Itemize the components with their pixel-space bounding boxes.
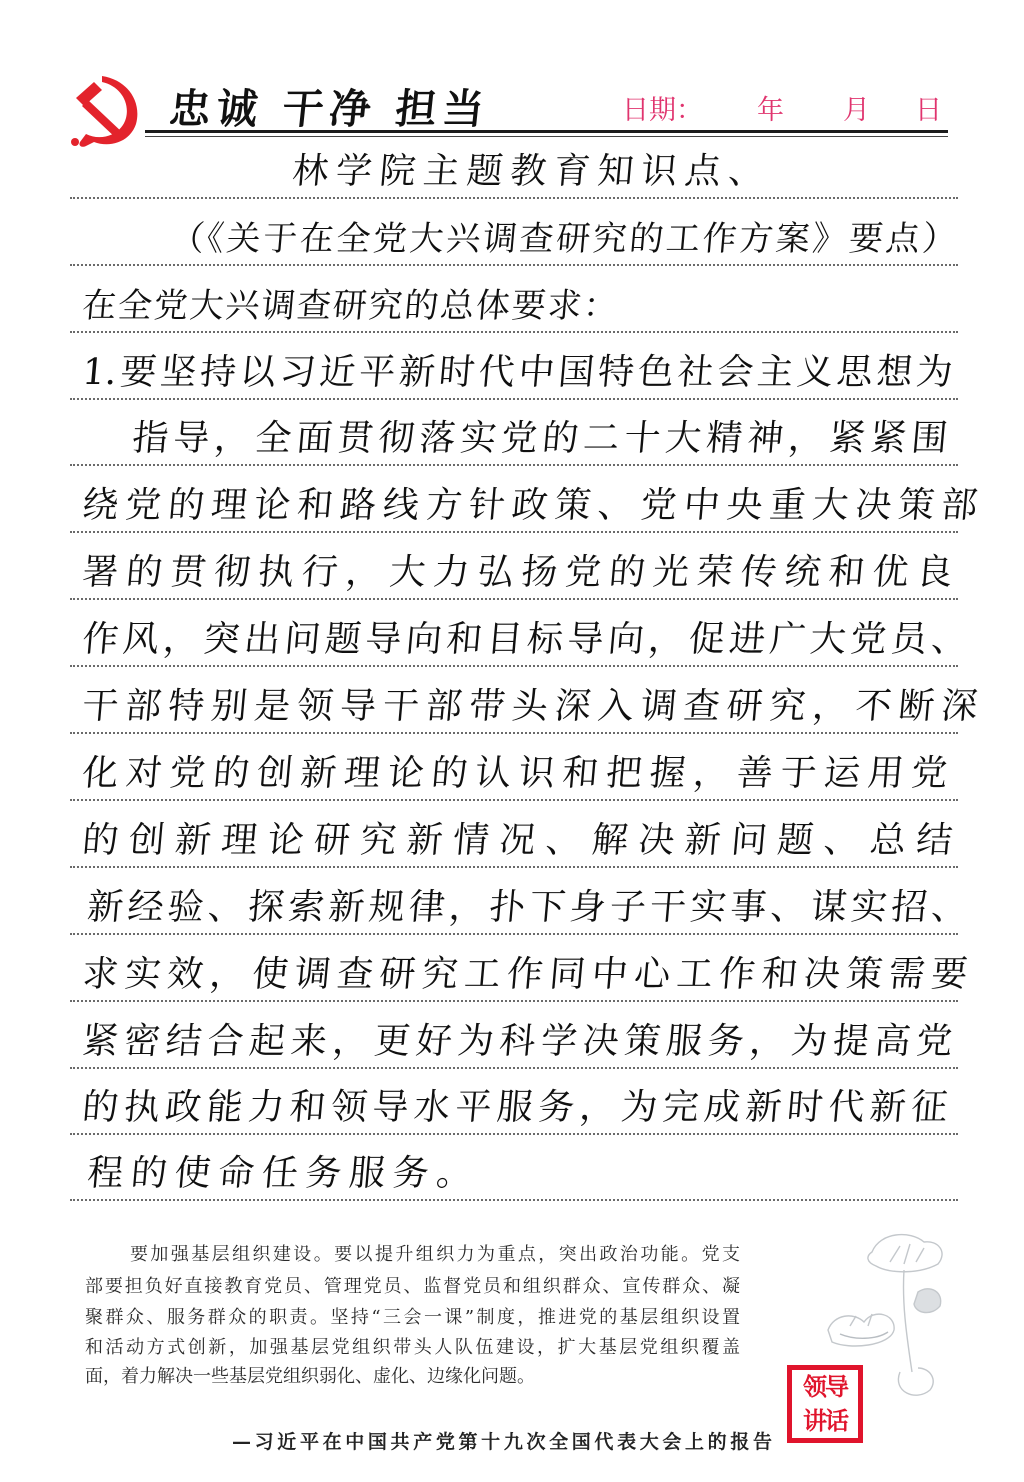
note-subtitle: （《关于在全党大兴调查研究的工作方案》要点）: [168, 212, 959, 266]
stamp-bottom-text: 讲话: [803, 1407, 847, 1435]
note-line: 的执政能力和领导水平服务，为完成新时代新征: [80, 1081, 950, 1135]
date-year-label: 年: [757, 88, 784, 127]
note-line: 紧密结合起来，更好为科学决策服务，为提高党: [80, 1015, 955, 1069]
header-divider: [145, 130, 948, 133]
date-day-label: 日: [915, 88, 942, 127]
header-divider-thin: [145, 136, 948, 137]
hammer-and-sickle-icon: [66, 72, 148, 150]
note-section-heading: 在全党大兴调查研究的总体要求：: [80, 279, 620, 333]
note-line: 化对党的创新理论的认识和把握，善于运用党: [80, 747, 950, 801]
motto-loyalty: 忠诚: [167, 76, 267, 135]
date-label: 日期：: [622, 88, 703, 127]
quote-line: 和活动方式创新，加强基层党组织带头人队伍建设，扩大基层党组织覆盖: [85, 1333, 740, 1363]
motto-responsibility: 担当: [393, 76, 493, 135]
note-line: 绕党的理论和路线方针政策、党中央重大决策部: [80, 479, 980, 533]
note-line: 作风，突出问题导向和目标导向，促进广大党员、: [80, 613, 970, 667]
quote-line: 聚群众、服务群众的职责。坚持“三会一课”制度，推进党的基层组织设置: [85, 1303, 740, 1333]
note-line: 程的使命任务服务。: [85, 1147, 475, 1201]
note-line: 1.要坚持以习近平新时代中国特色社会主义思想为: [80, 346, 955, 400]
note-title: 林学院主题教育知识点、: [290, 145, 767, 199]
leader-speech-stamp: 领导 讲话: [787, 1365, 863, 1443]
quote-line: 要加强基层组织建设。要以提升组织力为重点，突出政治功能。党支: [130, 1240, 740, 1270]
note-line: 干部特别是领导干部带头深入调查研究，不断深: [80, 680, 980, 734]
stamp-top-text: 领导: [803, 1373, 847, 1401]
note-line: 的创新理论研究新情况、解决新问题、总结: [80, 814, 955, 868]
quote-line: 面，着力解决一些基层党组织弱化、虚化、边缘化问题。: [85, 1362, 535, 1392]
note-line: 指导，全面贯彻落实党的二十大精神，紧紧围: [130, 412, 950, 466]
motto-integrity: 干净: [280, 76, 380, 135]
quote-line: 部要担负好直接教育党员、管理党员、监督党员和组织群众、宣传群众、凝: [85, 1272, 740, 1302]
note-line: 求实效，使调查研究工作同中心工作和决策需要: [80, 948, 970, 1002]
note-line: 新经验、探索新规律，扑下身子干实事、谋实招、: [85, 881, 970, 935]
date-month-label: 月: [843, 88, 870, 127]
note-line: 署的贯彻执行，大力弘扬党的光荣传统和优良: [80, 546, 955, 600]
quote-attribution: —习近平在中国共产党第十九次全国代表大会上的报告: [232, 1429, 772, 1455]
